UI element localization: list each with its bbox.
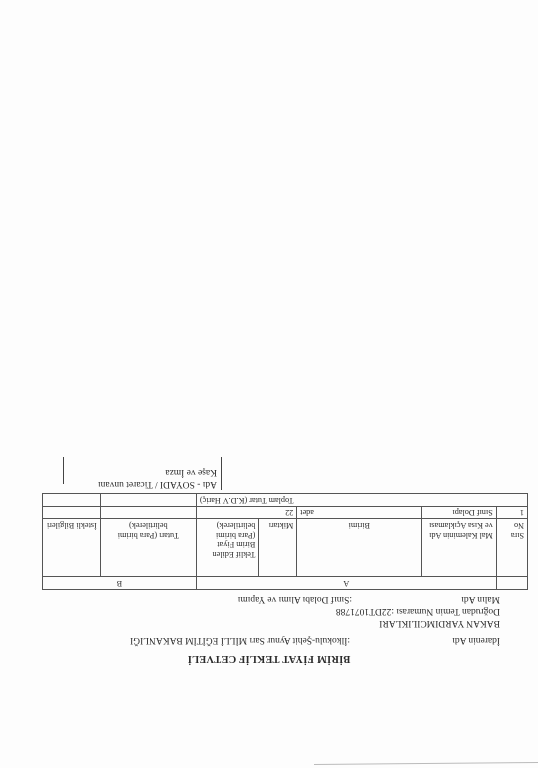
total-empty <box>43 494 101 507</box>
col-birimi: Birimi <box>297 519 422 577</box>
group-empty-cell <box>496 577 527 590</box>
signature-stamp-label: Kaşe ve İmza <box>69 466 217 478</box>
col-tutari: Tutarı (Para birimi belirtilerek) <box>100 519 196 577</box>
scanned-page: BİRİM FİYAT TEKLİF CETVELİ İdarenin Adı … <box>0 0 538 768</box>
total-row: Toplam Tutar (K.D.V Hariç) <box>43 494 528 507</box>
col-mal-kalemi: Mal Kaleminin Adı ve Kısa Açıklaması <box>422 519 497 577</box>
group-b-header: B <box>43 577 197 590</box>
item-label: Malın Adı <box>461 593 500 605</box>
row-unit: adet <box>297 506 422 519</box>
institution-label: İdarenin Adı <box>452 634 500 646</box>
total-value <box>100 494 196 507</box>
institution-value: :İlkokulu-Şehit Aynur Sarı MİLLİ EĞİTİM … <box>130 634 350 646</box>
group-a-header: A <box>196 577 496 590</box>
col-miktari: Miktarı <box>259 519 297 577</box>
total-label: Toplam Tutar (K.D.V Hariç) <box>196 494 527 507</box>
procurement-number: Doğrudan Temin Numarası :22DT1071788 <box>336 605 500 617</box>
col-istekli: İstekli Bilgileri <box>43 519 101 577</box>
table-row: 1 Sınıf Dolapı adet 22 <box>43 506 528 519</box>
signature-box: Adı - SOYADI / Ticaret unvanı Kaşe ve İm… <box>69 457 222 490</box>
price-offer-table: A B Sıra No Mal Kaleminin Adı ve Kısa Aç… <box>42 493 528 590</box>
row-qty: 22 <box>196 506 296 519</box>
row-name: Sınıf Dolapı <box>422 506 497 519</box>
group-header-row: A B <box>43 577 528 590</box>
item-value: :Sınıf Dolabı Alımı ve Yapımı <box>238 593 352 605</box>
row-no: 1 <box>496 506 527 519</box>
column-header-row: Sıra No Mal Kaleminin Adı ve Kısa Açıkla… <box>43 519 528 577</box>
row-total <box>100 506 196 519</box>
institution-line2: BAKAN YARDIMCILIKLARI <box>379 617 500 629</box>
document-title: BİRİM FİYAT TEKLİF CETVELİ <box>0 653 538 664</box>
signature-right-rule <box>63 457 64 484</box>
col-sira-no: Sıra No <box>496 519 527 577</box>
scan-edge-line <box>314 762 538 765</box>
row-bidder <box>43 506 101 519</box>
col-birim-fiyat: Teklif Edilen Birim Fiyat (Para birimi b… <box>196 519 258 577</box>
signature-name-label: Adı - SOYADI / Ticaret unvanı <box>69 478 217 490</box>
